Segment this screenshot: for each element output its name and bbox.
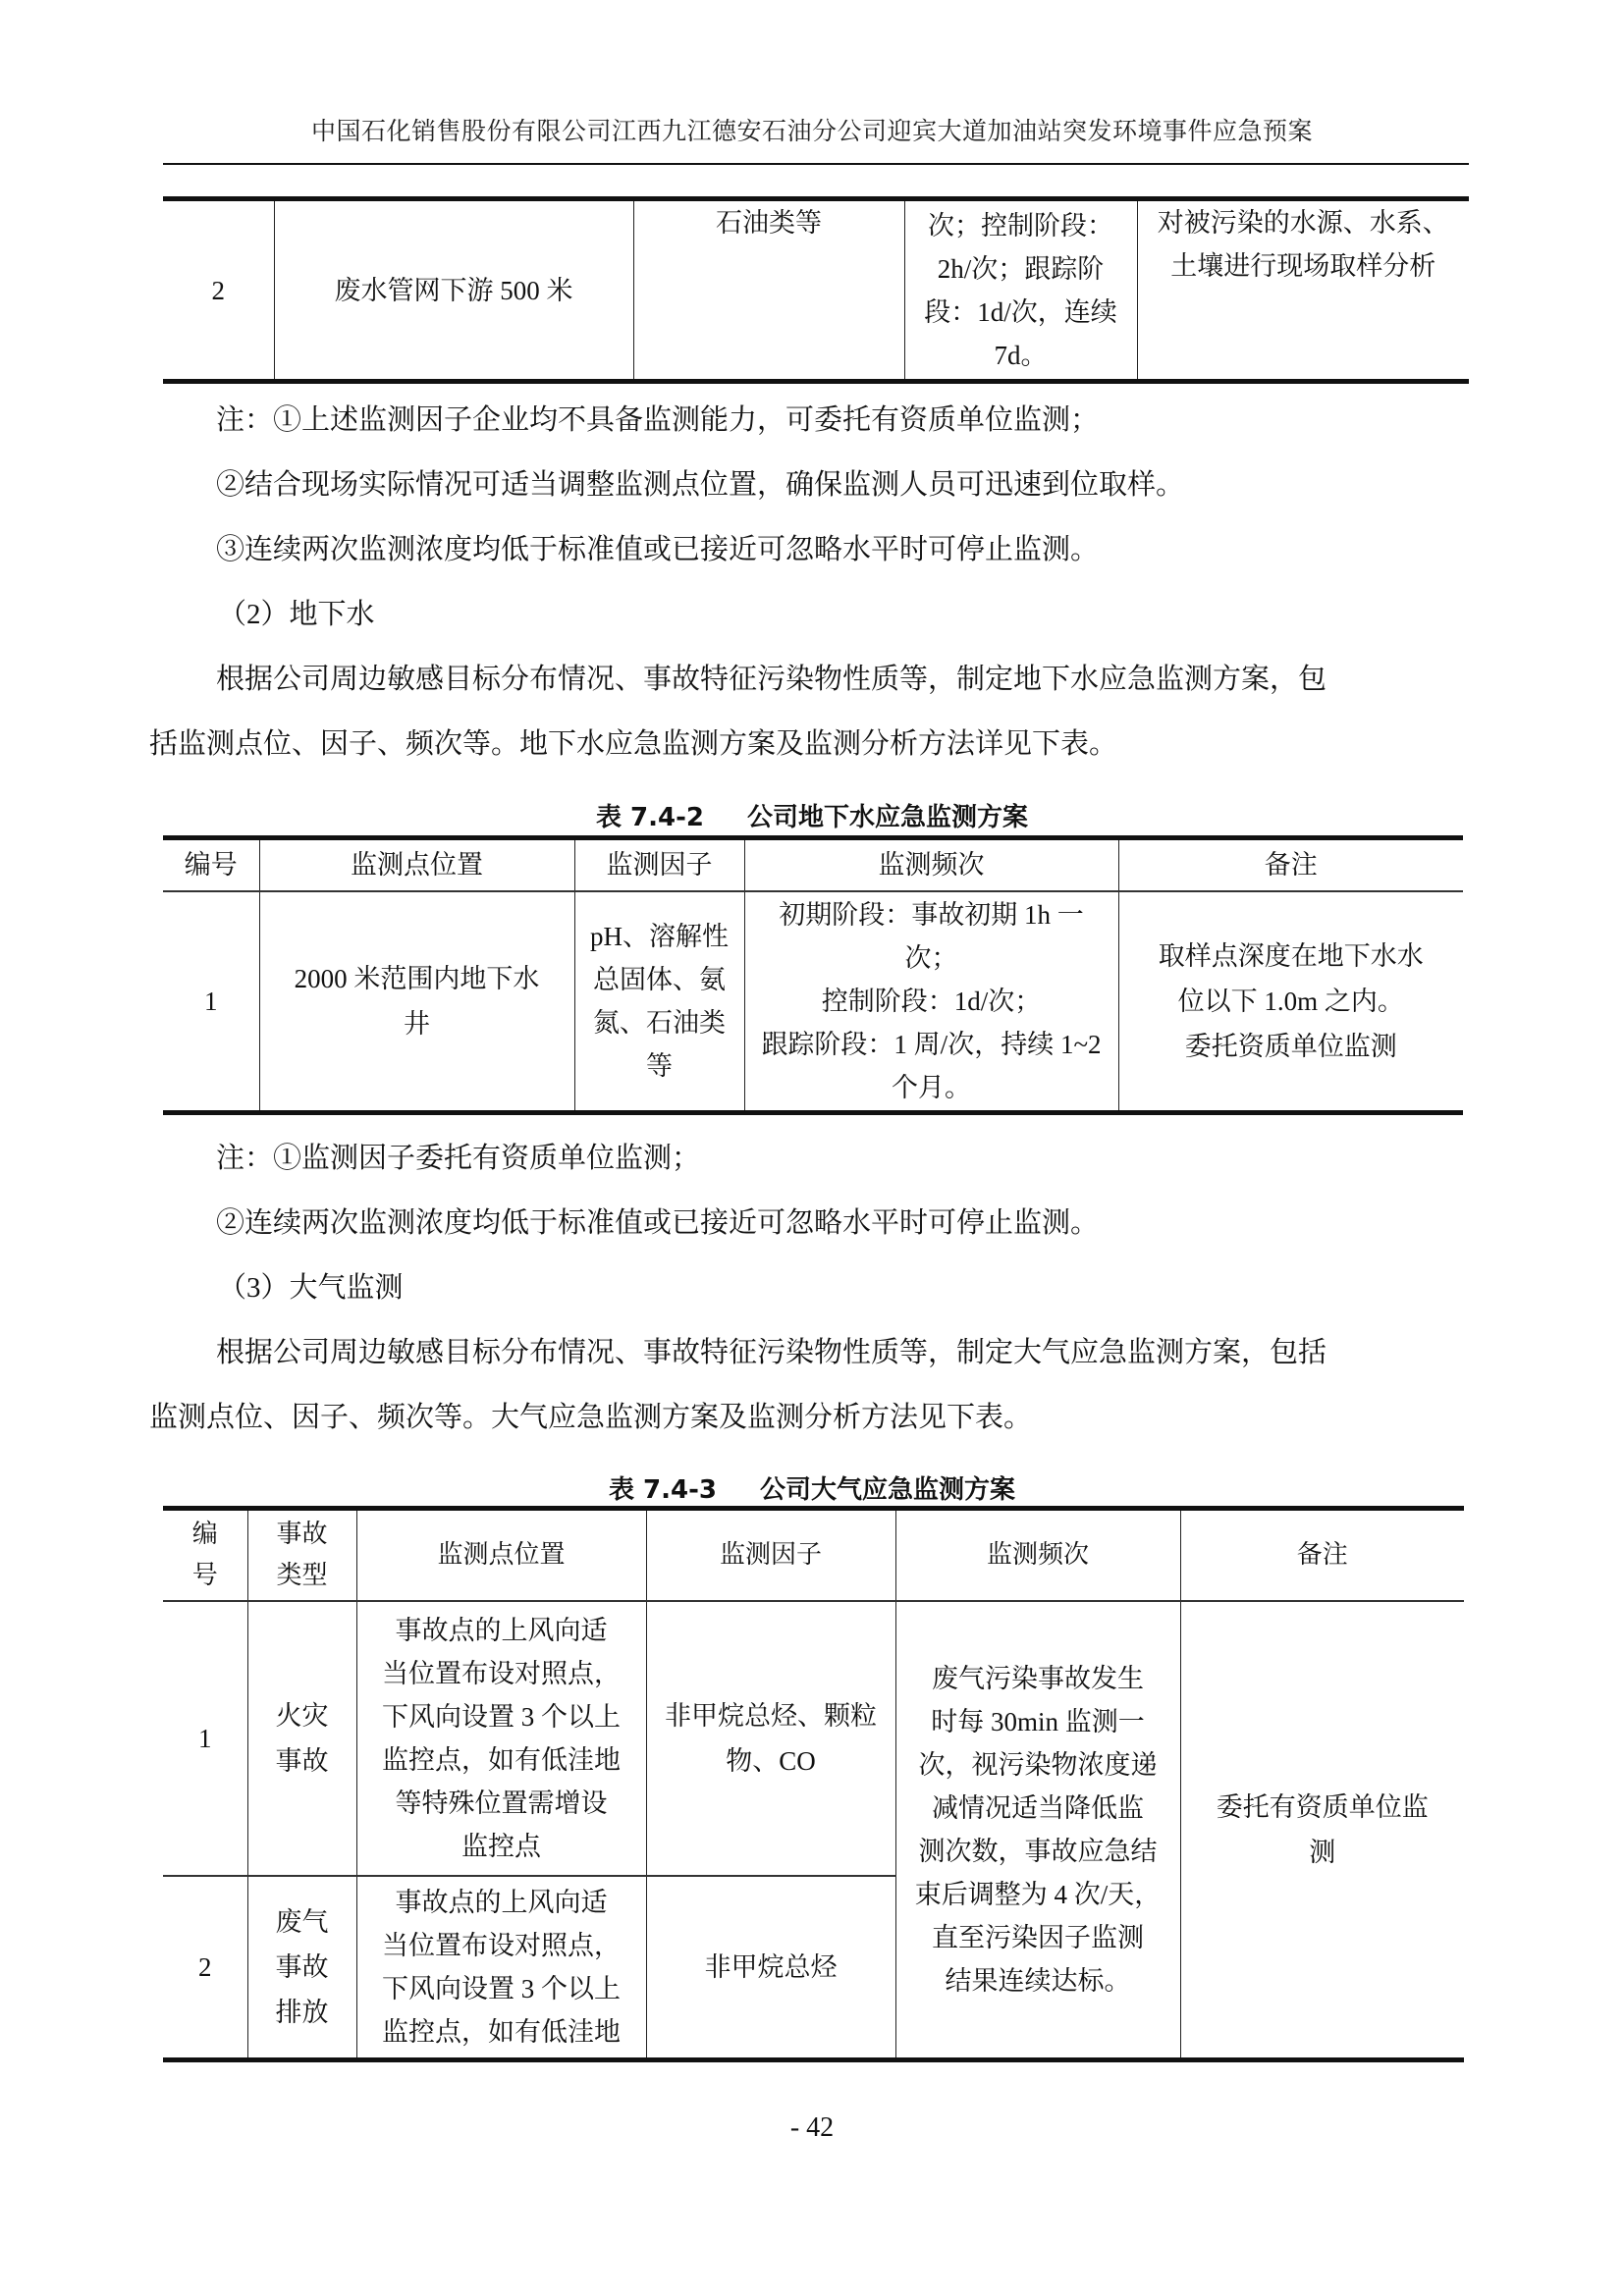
caption-title: 公司大气应急监测方案: [760, 1475, 1015, 1505]
cell-line: 束后调整为 4 次/天，: [902, 1873, 1174, 1916]
cell-line: 控制阶段：1d/次；: [751, 980, 1112, 1023]
cell-line: 监控点，如有低洼地: [363, 1738, 640, 1782]
column-header-type: 事故 类型: [247, 1509, 356, 1601]
cell-line: 次；控制阶段：: [911, 204, 1131, 247]
caption-number: 表 7.4-2: [596, 803, 704, 832]
table-row: 1 火灾 事故 事故点的上风向适 当位置布设对照点， 下风向设置 3 个以上 监…: [163, 1601, 1464, 1876]
section-heading-air: （3）大气监测: [218, 1268, 404, 1308]
note-line: ②连续两次监测浓度均低于标准值或已接近可忽略水平时可停止监测。: [216, 1203, 1099, 1243]
cell-line: 委托有资质单位监: [1187, 1785, 1459, 1830]
page-number: - 42: [0, 2112, 1624, 2144]
cell-line: 7d。: [911, 334, 1131, 377]
cell-line: 事故点的上风向适: [363, 1609, 640, 1652]
paragraph-line: 根据公司周边敏感目标分布情况、事故特征污染物性质等，制定大气应急监测方案，包括: [216, 1333, 1326, 1372]
cell-line: 事故点的上风向适: [363, 1881, 640, 1924]
cell-line: 等: [581, 1044, 738, 1088]
cell-line: 当位置布设对照点，: [363, 1652, 640, 1695]
cell-line: 测次数，事故应急结: [902, 1830, 1174, 1873]
cell-line: 火灾: [254, 1693, 351, 1738]
table-header-row: 编 号 事故 类型 监测点位置 监测因子 监测频次 备注: [163, 1509, 1464, 1601]
cell-line: 土壤进行现场取样分析: [1144, 244, 1464, 288]
column-header-factor: 监测因子: [646, 1509, 895, 1601]
cell-frequency: 次；控制阶段： 2h/次；跟踪阶 段：1d/次，连续 7d。: [904, 199, 1137, 382]
cell-line: 次，视污染物浓度递: [902, 1743, 1174, 1787]
cell-line: 总固体、氨: [581, 958, 738, 1001]
cell-line: 下风向设置 3 个以上: [363, 1967, 640, 2010]
section-heading-groundwater: （2）地下水: [218, 595, 375, 634]
cell-line: 监控点: [363, 1825, 640, 1868]
caption-number: 表 7.4-3: [609, 1475, 717, 1505]
table-caption-air: 表 7.4-3公司大气应急监测方案: [0, 1469, 1624, 1506]
cell-line: 井: [266, 1001, 568, 1046]
cell-line: 次；: [751, 936, 1112, 980]
surface-water-table-continued: 2 废水管网下游 500 米 石油类等 次；控制阶段： 2h/次；跟踪阶 段：1…: [163, 196, 1469, 384]
cell-line: 号: [169, 1555, 242, 1596]
cell-no: 2: [163, 1876, 247, 2060]
cell-line: 测: [1187, 1830, 1459, 1875]
cell-line: 跟踪阶段：1 周/次，持续 1~2: [751, 1023, 1112, 1066]
cell-line: 排放: [254, 1990, 351, 2035]
cell-remark-shared: 委托有资质单位监 测: [1180, 1601, 1464, 2060]
cell-factor: pH、溶解性 总固体、氨 氮、石油类 等: [574, 891, 744, 1113]
cell-factor: 非甲烷总烃、颗粒 物、CO: [646, 1601, 895, 1876]
cell-line: 结果连续达标。: [902, 1959, 1174, 2002]
cell-no: 1: [163, 1601, 247, 1876]
column-header-location: 监测点位置: [356, 1509, 646, 1601]
column-header-no: 编 号: [163, 1509, 247, 1601]
cell-line: pH、溶解性: [581, 915, 738, 958]
cell-line: 氮、石油类: [581, 1001, 738, 1044]
cell-line: 减情况适当降低监: [902, 1787, 1174, 1830]
cell-line: 类型: [254, 1555, 351, 1596]
cell-remark: 取样点深度在地下水水 位以下 1.0m 之内。 委托资质单位监测: [1118, 891, 1463, 1113]
cell-line: 委托资质单位监测: [1125, 1024, 1458, 1069]
cell-location: 事故点的上风向适 当位置布设对照点， 下风向设置 3 个以上 监控点，如有低洼地…: [356, 1601, 646, 1876]
cell-no: 1: [163, 891, 259, 1113]
cell-type: 废气 事故 排放: [247, 1876, 356, 2060]
cell-line: 取样点深度在地下水水: [1125, 934, 1458, 979]
cell-line: 编: [169, 1514, 242, 1555]
column-header: 监测点位置: [259, 838, 574, 891]
cell-frequency: 初期阶段：事故初期 1h 一 次； 控制阶段：1d/次； 跟踪阶段：1 周/次，…: [744, 891, 1118, 1113]
column-header: 备注: [1118, 838, 1463, 891]
cell-line: 2h/次；跟踪阶: [911, 247, 1131, 291]
column-header: 监测因子: [574, 838, 744, 891]
cell-frequency-shared: 废气污染事故发生 时每 30min 监测一 次，视污染物浓度递 减情况适当降低监…: [895, 1601, 1180, 2060]
paragraph-line: 括监测点位、因子、频次等。地下水应急监测方案及监测分析方法详见下表。: [149, 724, 1117, 764]
cell-line: 物、CO: [653, 1738, 890, 1784]
cell-line: 事故: [254, 1514, 351, 1555]
column-header: 编号: [163, 838, 259, 891]
cell-type: 火灾 事故: [247, 1601, 356, 1876]
column-header-frequency: 监测频次: [895, 1509, 1180, 1601]
table-header-row: 编号 监测点位置 监测因子 监测频次 备注: [163, 838, 1463, 891]
paragraph-line: 根据公司周边敏感目标分布情况、事故特征污染物性质等，制定地下水应急监测方案，包: [216, 660, 1326, 699]
column-header: 监测频次: [744, 838, 1118, 891]
document-running-header: 中国石化销售股份有限公司江西九江德安石油分公司迎宾大道加油站突发环境事件应急预案: [0, 112, 1624, 147]
cell-line: 位以下 1.0m 之内。: [1125, 979, 1458, 1024]
cell-location: 废水管网下游 500 米: [274, 199, 633, 382]
note-line: 注：①上述监测因子企业均不具备监测能力，可委托有资质单位监测；: [216, 400, 1099, 440]
groundwater-monitoring-table: 编号 监测点位置 监测因子 监测频次 备注 1 2000 米范围内地下水 井 p…: [163, 835, 1463, 1115]
header-divider: [163, 163, 1469, 165]
cell-factor: 非甲烷总烃: [646, 1876, 895, 2060]
cell-line: 废气: [254, 1899, 351, 1945]
cell-location: 2000 米范围内地下水 井: [259, 891, 574, 1113]
caption-title: 公司地下水应急监测方案: [747, 803, 1028, 832]
cell-line: 事故: [254, 1738, 351, 1784]
cell-line: 当位置布设对照点，: [363, 1924, 640, 1967]
note-line: ②结合现场实际情况可适当调整监测点位置，确保监测人员可迅速到位取样。: [216, 465, 1184, 505]
cell-line: 废气污染事故发生: [902, 1657, 1174, 1700]
cell-line: 初期阶段：事故初期 1h 一: [751, 893, 1112, 936]
table-row: 2 废水管网下游 500 米 石油类等 次；控制阶段： 2h/次；跟踪阶 段：1…: [163, 199, 1469, 382]
column-header-remark: 备注: [1180, 1509, 1464, 1601]
note-line: ③连续两次监测浓度均低于标准值或已接近可忽略水平时可停止监测。: [216, 530, 1099, 569]
air-monitoring-table: 编 号 事故 类型 监测点位置 监测因子 监测频次 备注 1 火灾 事故 事故点…: [163, 1506, 1464, 2062]
cell-factor: 石油类等: [633, 199, 904, 382]
cell-remark: 对被污染的水源、水系、 土壤进行现场取样分析: [1137, 199, 1469, 382]
cell-line: 段：1d/次，连续: [911, 291, 1131, 334]
cell-no: 2: [163, 199, 274, 382]
cell-line: 非甲烷总烃、颗粒: [653, 1693, 890, 1738]
cell-line: 对被污染的水源、水系、: [1144, 201, 1464, 244]
cell-line: 监控点，如有低洼地: [363, 2010, 640, 2054]
table-caption-groundwater: 表 7.4-2公司地下水应急监测方案: [0, 797, 1624, 833]
cell-line: 非甲烷总烃: [653, 1945, 890, 1990]
table-row: 1 2000 米范围内地下水 井 pH、溶解性 总固体、氨 氮、石油类 等 初期…: [163, 891, 1463, 1113]
cell-line: 个月。: [751, 1066, 1112, 1109]
cell-line: 时每 30min 监测一: [902, 1700, 1174, 1743]
cell-location: 事故点的上风向适 当位置布设对照点， 下风向设置 3 个以上 监控点，如有低洼地: [356, 1876, 646, 2060]
cell-line: 事故: [254, 1945, 351, 1990]
paragraph-line: 监测点位、因子、频次等。大气应急监测方案及监测分析方法见下表。: [149, 1398, 1032, 1437]
cell-line: 2000 米范围内地下水: [266, 956, 568, 1001]
note-line: 注：①监测因子委托有资质单位监测；: [216, 1139, 700, 1178]
cell-line: 等特殊位置需增设: [363, 1782, 640, 1825]
cell-line: 下风向设置 3 个以上: [363, 1695, 640, 1738]
cell-line: 直至污染因子监测: [902, 1916, 1174, 1959]
